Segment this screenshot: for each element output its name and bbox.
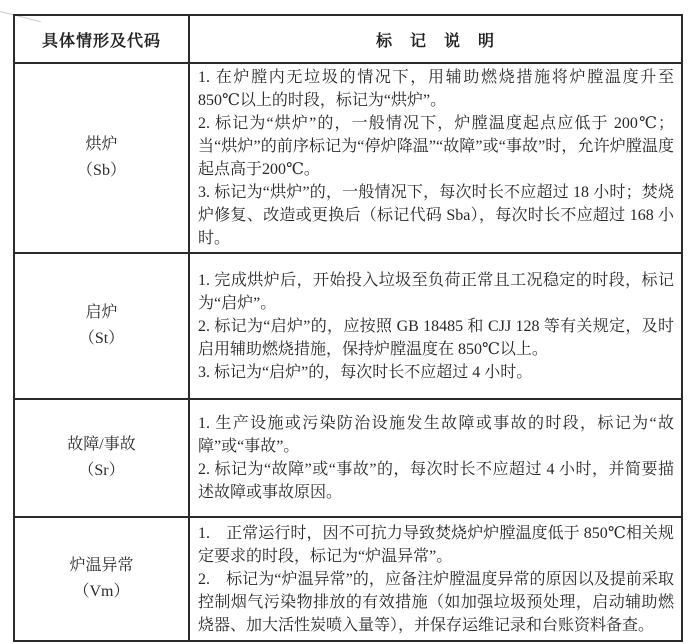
description-item: 2. 标记为“烘炉”的，一般情况下，炉膛温度起点应低于 200℃；当“烘炉”的前… bbox=[198, 112, 674, 181]
description-cell: 1. 正常运行时，因不可抗力导致焚烧炉炉膛温度低于 850℃相关规定要求的时段，… bbox=[189, 517, 682, 641]
situation-code: （Sr） bbox=[16, 458, 187, 484]
header-situation-and-code: 具体情形及代码 bbox=[14, 15, 189, 63]
situation-code: （Vm） bbox=[16, 579, 187, 605]
situation-code: （St） bbox=[16, 326, 187, 352]
description-item: 3. 标记为“启炉”的，每次时长不应超过 4 小时。 bbox=[198, 361, 674, 384]
situation-name: 故障/事故 bbox=[16, 432, 187, 458]
description-item: 1. 正常运行时，因不可抗力导致焚烧炉炉膛温度低于 850℃相关规定要求的时段，… bbox=[198, 522, 674, 568]
situation-name: 炉温异常 bbox=[16, 553, 187, 579]
table-row-honglu: 烘炉 （Sb） 1. 在炉膛内无垃圾的情况下，用辅助燃烧措施将炉膛温度升至 85… bbox=[14, 63, 682, 253]
situation-cell: 故障/事故 （Sr） bbox=[14, 399, 189, 517]
situation-cell: 烘炉 （Sb） bbox=[14, 63, 189, 253]
table-row-qilu: 启炉 （St） 1. 完成烘炉后，开始投入垃圾至负荷正常且工况稳定的时段，标记为… bbox=[14, 253, 682, 399]
situation-cell: 炉温异常 （Vm） bbox=[14, 517, 189, 641]
description-item: 1. 完成烘炉后，开始投入垃圾至负荷正常且工况稳定的时段，标记为“启炉”。 bbox=[198, 269, 674, 315]
description-item: 2. 标记为“炉温异常”的，应备注炉膛温度异常的原因以及提前采取控制烟气污染物排… bbox=[198, 568, 674, 637]
description-item: 2. 标记为“故障”或“事故”的，每次时长不应超过 4 小时，并简要描述故障或事… bbox=[198, 458, 674, 504]
situation-name: 启炉 bbox=[16, 300, 187, 326]
situation-cell: 启炉 （St） bbox=[14, 253, 189, 399]
situation-name: 烘炉 bbox=[16, 132, 187, 158]
table-header-row: 具体情形及代码 标 记 说 明 bbox=[14, 15, 682, 63]
description-cell: 1. 完成烘炉后，开始投入垃圾至负荷正常且工况稳定的时段，标记为“启炉”。 2.… bbox=[189, 253, 682, 399]
header-mark-description: 标 记 说 明 bbox=[189, 15, 682, 63]
description-cell: 1. 在炉膛内无垃圾的情况下，用辅助燃烧措施将炉膛温度升至 850℃以上的时段，… bbox=[189, 63, 682, 253]
description-item: 1. 在炉膛内无垃圾的情况下，用辅助燃烧措施将炉膛温度升至 850℃以上的时段，… bbox=[198, 66, 674, 112]
description-cell: 1. 生产设施或污染防治设施发生故障或事故的时段，标记为“故障”或“事故”。 2… bbox=[189, 399, 682, 517]
description-item: 1. 生产设施或污染防治设施发生故障或事故的时段，标记为“故障”或“事故”。 bbox=[198, 412, 674, 458]
situation-code: （Sb） bbox=[16, 158, 187, 184]
table-row-guzhang-shigu: 故障/事故 （Sr） 1. 生产设施或污染防治设施发生故障或事故的时段，标记为“… bbox=[14, 399, 682, 517]
document-page: 具体情形及代码 标 记 说 明 烘炉 （Sb） 1. 在炉膛内无垃圾的情况下，用… bbox=[0, 0, 689, 644]
description-item: 2. 标记为“启炉”的，应按照 GB 18485 和 CJJ 128 等有关规定… bbox=[198, 315, 674, 361]
marking-spec-table: 具体情形及代码 标 记 说 明 烘炉 （Sb） 1. 在炉膛内无垃圾的情况下，用… bbox=[13, 14, 683, 642]
table-row-luwen-yichang: 炉温异常 （Vm） 1. 正常运行时，因不可抗力导致焚烧炉炉膛温度低于 850℃… bbox=[14, 517, 682, 641]
description-item: 3. 标记为“烘炉”的，一般情况下，每次时长不应超过 18 小时；焚烧炉修复、改… bbox=[198, 181, 674, 250]
